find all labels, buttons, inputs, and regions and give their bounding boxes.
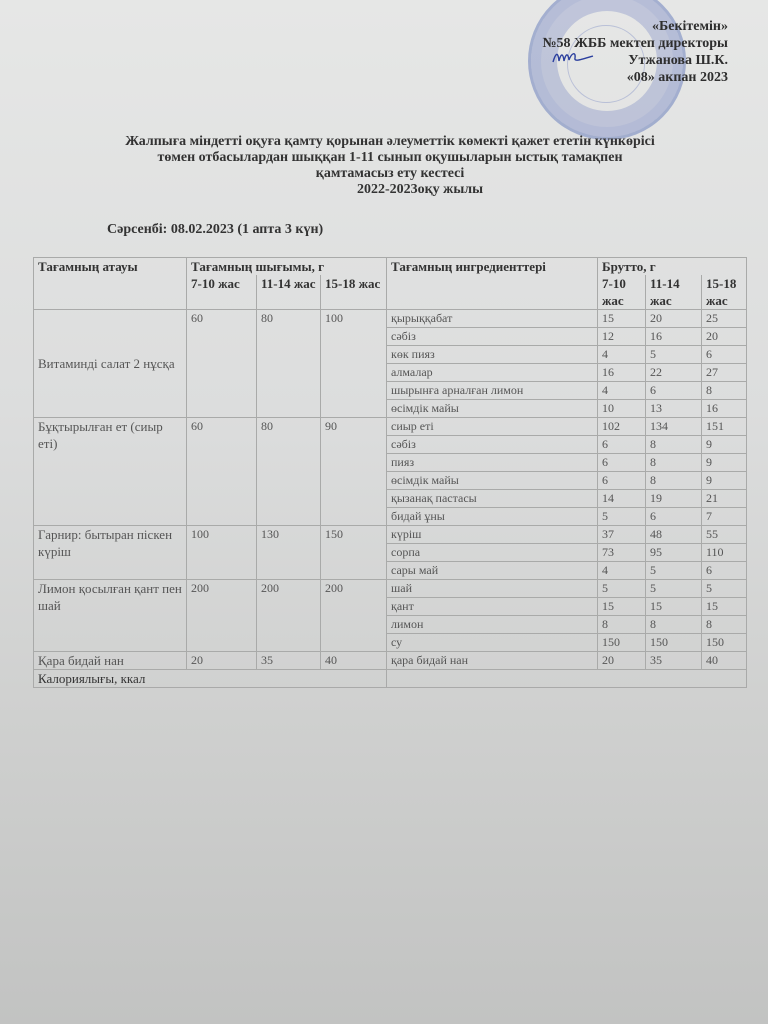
ingredient-brutto-value: 20	[598, 652, 646, 670]
dish-output-value: 60	[187, 310, 257, 418]
title-academic-year: 2022-2023оқу жылы	[100, 182, 680, 198]
ingredient-brutto-value: 15	[702, 598, 747, 616]
header-row: Тағамның атауыТағамның шығымы, гТағамның…	[34, 258, 747, 276]
table-row: Витаминді салат 2 нұсқа6080100қырыққабат…	[34, 310, 747, 328]
ingredient-brutto-value: 150	[646, 634, 702, 652]
ingredient-name: қырыққабат	[387, 310, 598, 328]
ingredient-brutto-value: 5	[646, 346, 702, 364]
ingredient-brutto-value: 6	[702, 346, 747, 364]
dish-name: Гарнир: бытыран піскен күріш	[34, 526, 187, 580]
ingredient-brutto-value: 9	[702, 454, 747, 472]
ingredient-brutto-value: 16	[598, 364, 646, 382]
ingredient-brutto-value: 19	[646, 490, 702, 508]
header-age-11-14: 11-14 жас	[257, 275, 321, 310]
ingredient-name: сары май	[387, 562, 598, 580]
signature-icon	[552, 50, 594, 64]
ingredient-brutto-value: 40	[702, 652, 747, 670]
ingredient-brutto-value: 9	[702, 436, 747, 454]
ingredient-brutto-value: 12	[598, 328, 646, 346]
ingredient-brutto-value: 20	[646, 310, 702, 328]
ingredient-brutto-value: 10	[598, 400, 646, 418]
ingredient-brutto-value: 150	[598, 634, 646, 652]
ingredient-brutto-value: 5	[702, 580, 747, 598]
table-row: Гарнир: бытыран піскен күріш100130150күр…	[34, 526, 747, 544]
header-dish-name: Тағамның атауы	[34, 258, 187, 310]
ingredient-brutto-value: 102	[598, 418, 646, 436]
ingredient-brutto-value: 7	[702, 508, 747, 526]
header-age-15-18: 15-18 жас	[321, 275, 387, 310]
dish-output-value: 200	[321, 580, 387, 652]
ingredient-brutto-value: 6	[702, 562, 747, 580]
ingredient-brutto-value: 15	[646, 598, 702, 616]
dish-output-value: 80	[257, 310, 321, 418]
table-row: Қара бидай нан203540қара бидай нан203540	[34, 652, 747, 670]
ingredient-brutto-value: 25	[702, 310, 747, 328]
menu-date: Сәрсенбі: 08.02.2023 (1 апта 3 күн)	[107, 222, 323, 238]
dish-output-value: 200	[257, 580, 321, 652]
dish-output-value: 35	[257, 652, 321, 670]
dish-output-value: 200	[187, 580, 257, 652]
title-line-3: қамтамасыз ету кестесі	[100, 166, 680, 182]
ingredient-brutto-value: 48	[646, 526, 702, 544]
ingredient-name: алмалар	[387, 364, 598, 382]
dish-output-value: 80	[257, 418, 321, 526]
ingredient-brutto-value: 37	[598, 526, 646, 544]
header-ingredients: Тағамның ингредиенттері	[387, 258, 598, 310]
ingredient-brutto-value: 27	[702, 364, 747, 382]
ingredient-brutto-value: 8	[646, 616, 702, 634]
title-line-1: Жалпыға міндетті оқуға қамту қорынан әле…	[100, 134, 680, 150]
ingredient-brutto-value: 20	[702, 328, 747, 346]
dish-output-value: 100	[321, 310, 387, 418]
header-age-7-10: 7-10 жас	[598, 275, 646, 310]
ingredient-brutto-value: 8	[646, 472, 702, 490]
ingredient-brutto-value: 95	[646, 544, 702, 562]
dish-name: Витаминді салат 2 нұсқа	[34, 310, 187, 418]
ingredient-brutto-value: 8	[646, 454, 702, 472]
ingredient-brutto-value: 14	[598, 490, 646, 508]
ingredient-name: су	[387, 634, 598, 652]
ingredient-name: қант	[387, 598, 598, 616]
ingredient-brutto-value: 55	[702, 526, 747, 544]
ingredient-brutto-value: 110	[702, 544, 747, 562]
calories-label: Калориялығы, ккал	[34, 670, 387, 688]
ingredient-brutto-value: 6	[646, 508, 702, 526]
approval-line-1: «Бекітемін»	[542, 18, 728, 35]
ingredient-name: бидай ұны	[387, 508, 598, 526]
ingredient-brutto-value: 15	[598, 310, 646, 328]
ingredient-brutto-value: 5	[646, 580, 702, 598]
ingredient-brutto-value: 150	[702, 634, 747, 652]
ingredient-name: сиыр еті	[387, 418, 598, 436]
dish-name: Қара бидай нан	[34, 652, 187, 670]
ingredient-brutto-value: 13	[646, 400, 702, 418]
title-line-2: төмен отбасылардан шыққан 1-11 сынып оқу…	[100, 150, 680, 166]
ingredient-brutto-value: 8	[598, 616, 646, 634]
ingredient-brutto-value: 22	[646, 364, 702, 382]
header-age-11-14: 11-14 жас	[646, 275, 702, 310]
ingredient-name: пияз	[387, 454, 598, 472]
dish-name: Бұқтырылған ет (сиыр еті)	[34, 418, 187, 526]
ingredient-brutto-value: 5	[646, 562, 702, 580]
ingredient-brutto-value: 9	[702, 472, 747, 490]
ingredient-name: өсімдік майы	[387, 400, 598, 418]
ingredient-name: шай	[387, 580, 598, 598]
ingredient-name: қызанақ пастасы	[387, 490, 598, 508]
dish-output-value: 40	[321, 652, 387, 670]
ingredient-brutto-value: 4	[598, 562, 646, 580]
ingredient-name: көк пияз	[387, 346, 598, 364]
dish-name: Лимон қосылған қант пен шай	[34, 580, 187, 652]
approval-line-4: «08» акпан 2023	[542, 69, 728, 86]
ingredient-name: өсімдік майы	[387, 472, 598, 490]
ingredient-name: сорпа	[387, 544, 598, 562]
ingredient-brutto-value: 5	[598, 580, 646, 598]
document-title: Жалпыға міндетті оқуға қамту қорынан әле…	[100, 134, 680, 198]
header-age-15-18: 15-18 жас	[702, 275, 747, 310]
dish-output-value: 130	[257, 526, 321, 580]
header-brutto: Брутто, г	[598, 258, 747, 276]
ingredient-brutto-value: 4	[598, 382, 646, 400]
ingredient-brutto-value: 151	[702, 418, 747, 436]
ingredient-brutto-value: 35	[646, 652, 702, 670]
ingredient-name: шырынға арналған лимон	[387, 382, 598, 400]
dish-output-value: 20	[187, 652, 257, 670]
ingredient-brutto-value: 16	[646, 328, 702, 346]
ingredient-name: сәбіз	[387, 436, 598, 454]
calories-value	[387, 670, 747, 688]
table-row: Бұқтырылған ет (сиыр еті)608090сиыр еті1…	[34, 418, 747, 436]
ingredient-brutto-value: 6	[598, 436, 646, 454]
calories-row: Калориялығы, ккал	[34, 670, 747, 688]
ingredient-brutto-value: 5	[598, 508, 646, 526]
dish-output-value: 150	[321, 526, 387, 580]
ingredient-brutto-value: 8	[702, 616, 747, 634]
dish-output-value: 90	[321, 418, 387, 526]
ingredient-brutto-value: 21	[702, 490, 747, 508]
ingredient-brutto-value: 8	[646, 436, 702, 454]
ingredient-brutto-value: 16	[702, 400, 747, 418]
ingredient-brutto-value: 6	[646, 382, 702, 400]
dish-output-value: 100	[187, 526, 257, 580]
dish-output-value: 60	[187, 418, 257, 526]
ingredient-brutto-value: 6	[598, 454, 646, 472]
table-row: Лимон қосылған қант пен шай200200200шай5…	[34, 580, 747, 598]
ingredient-brutto-value: 4	[598, 346, 646, 364]
ingredient-name: сәбіз	[387, 328, 598, 346]
menu-table: Тағамның атауыТағамның шығымы, гТағамның…	[33, 257, 747, 688]
ingredient-brutto-value: 8	[702, 382, 747, 400]
ingredient-name: қара бидай нан	[387, 652, 598, 670]
ingredient-brutto-value: 73	[598, 544, 646, 562]
ingredient-brutto-value: 15	[598, 598, 646, 616]
header-age-7-10: 7-10 жас	[187, 275, 257, 310]
ingredient-name: күріш	[387, 526, 598, 544]
ingredient-brutto-value: 6	[598, 472, 646, 490]
header-output: Тағамның шығымы, г	[187, 258, 387, 276]
ingredient-name: лимон	[387, 616, 598, 634]
ingredient-brutto-value: 134	[646, 418, 702, 436]
